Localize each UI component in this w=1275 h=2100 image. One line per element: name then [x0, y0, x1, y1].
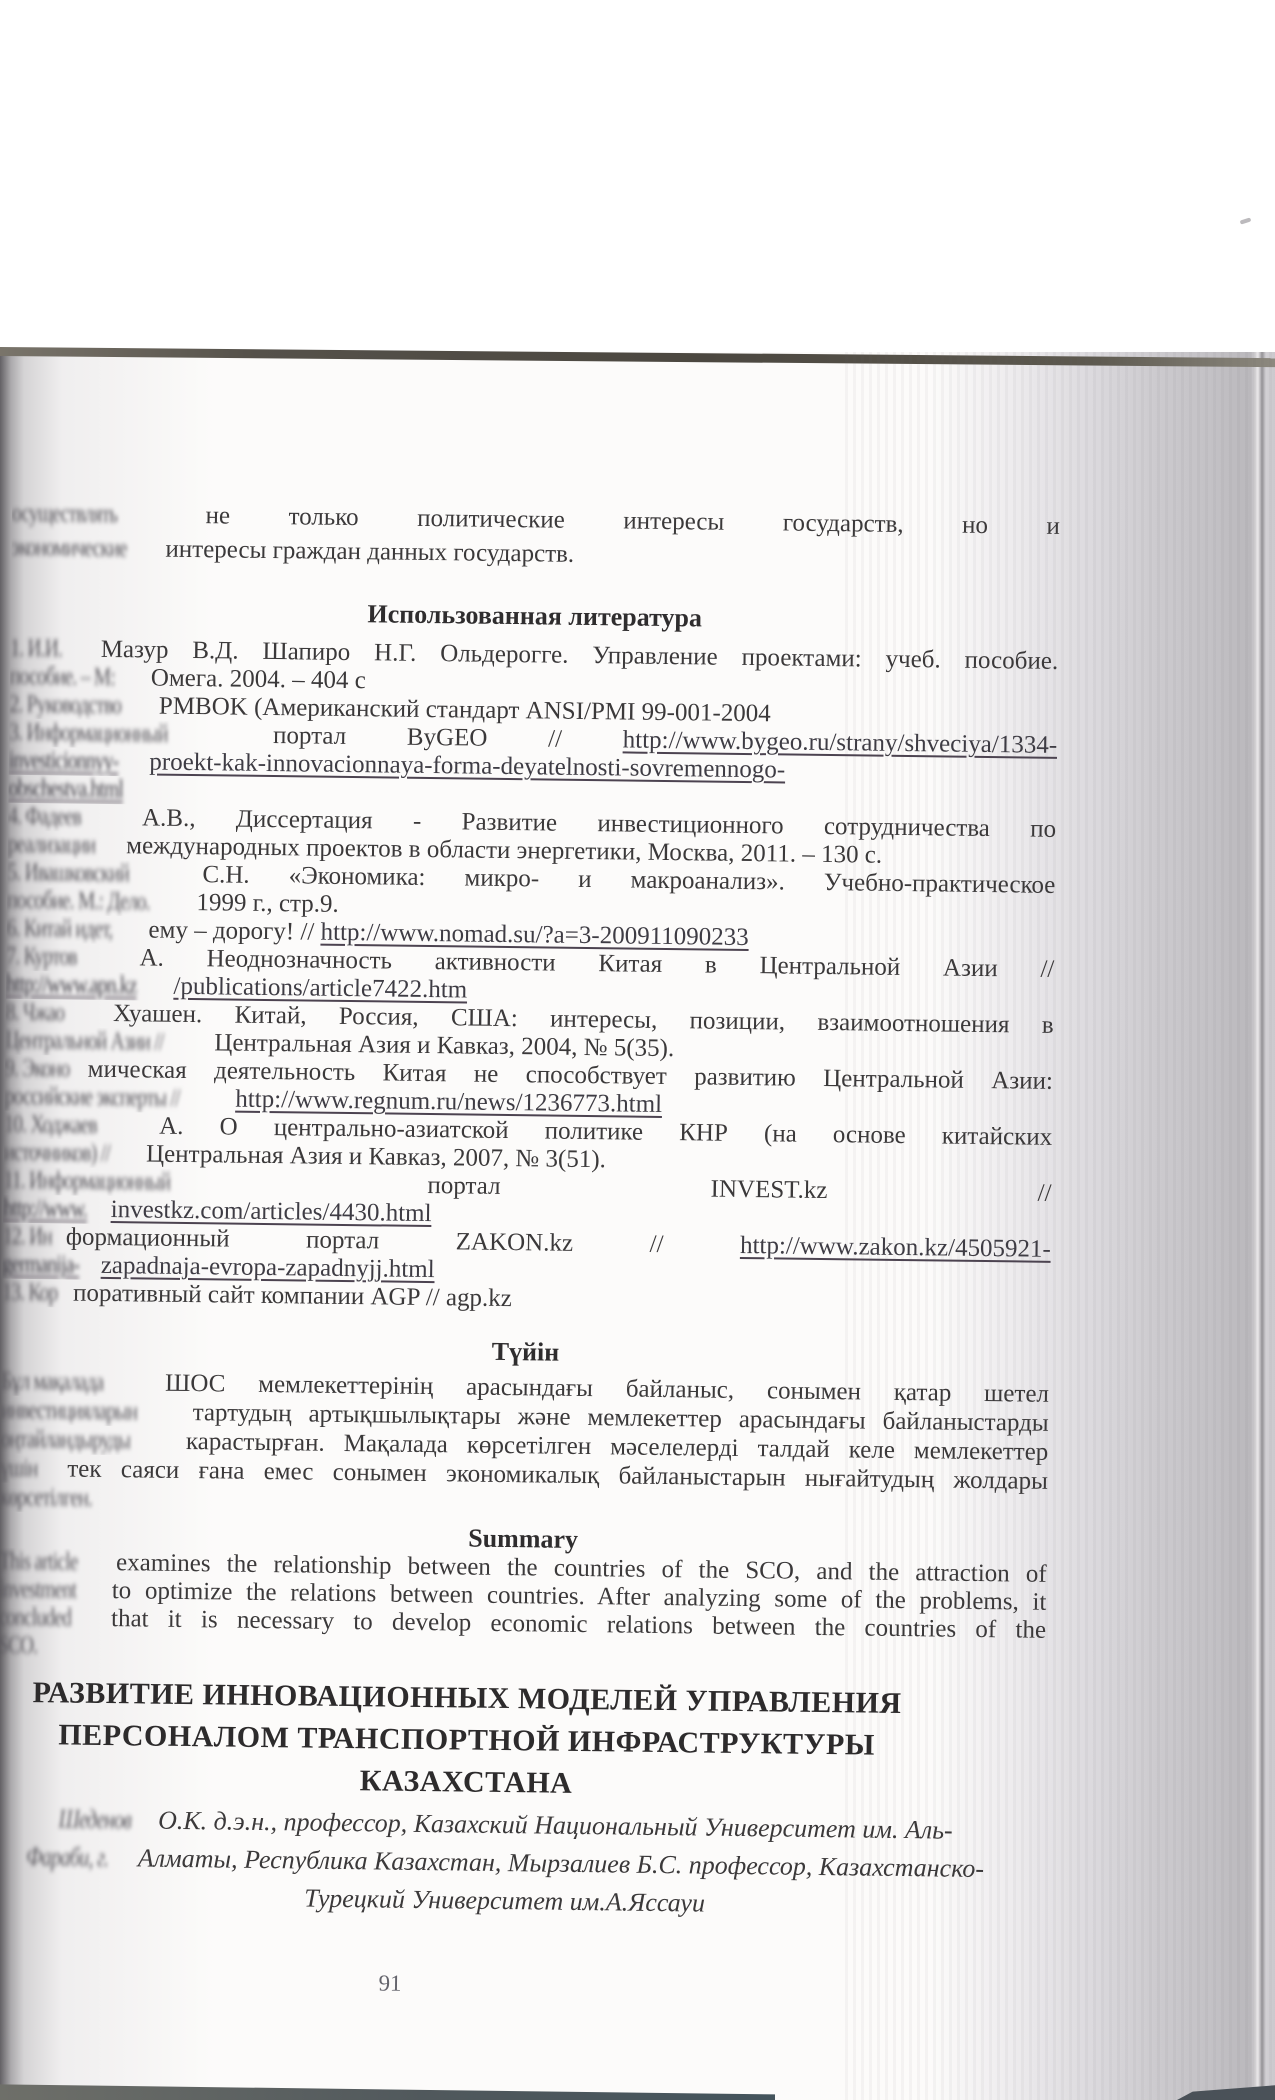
smeared-text: 2. Руководство [9, 691, 121, 720]
url-text: investicionnyy- [9, 747, 119, 776]
tuiin-paragraph: Бұл мақалада ШОС мемлекеттерінің арасынд… [0, 1367, 1049, 1525]
smeared-text: үшін [0, 1454, 38, 1483]
smeared-text: Шеденов [58, 1800, 131, 1839]
smeared-text: источников) // [4, 1139, 110, 1168]
intro-paragraph: осуществлять не только политические инте… [11, 497, 1060, 578]
smeared-text: осуществлять [12, 497, 118, 532]
text-run: ему – дорогу! // [148, 916, 314, 945]
reference-item: 3. Информационный портал ByGEO // http:/… [8, 719, 1057, 816]
smeared-text: пособие. М.: Дело. [7, 887, 150, 917]
smeared-text: concluded [0, 1604, 71, 1633]
scan-bottom-shadow-left [0, 2080, 775, 2100]
smeared-text: 4. Фадеев [8, 803, 81, 832]
text-run: INVEST.kz [710, 1176, 827, 1204]
smeared-text: инвестицияларын [1, 1396, 138, 1427]
smeared-text: Бұл мақалада [1, 1367, 104, 1397]
url-text: investkz.com/articles/4430.html [111, 1196, 432, 1227]
smeared-text: 11. Информационный [3, 1167, 170, 1197]
url-text: zapadnaja-evropa-zapadnyjj.html [101, 1252, 435, 1283]
text-run: КАЗАХСТАНА [360, 1764, 573, 1800]
smeared-text: экономические [11, 531, 127, 566]
smeared-text: оңтайландыруды [0, 1425, 130, 1456]
smeared-text: 1. И.И. [10, 635, 62, 664]
smeared-text: investment [0, 1576, 76, 1605]
text-run: Турецкий Университет им.А.Яссауи [304, 1884, 705, 1918]
references-heading: Использованная литература [11, 595, 1059, 638]
page-number: 91 [378, 1970, 1041, 2004]
references-list: 1. И.И. Мазур В.Д. Шапиро Н.Г. Ольдерогг… [2, 635, 1058, 1320]
smeared-text: пособие. – М: [10, 663, 115, 692]
page-content: осуществлять не только политические инте… [0, 352, 1062, 2005]
text-run: // [649, 1231, 663, 1258]
smeared-text: 6. Китай идет, [7, 915, 113, 944]
text-run: портал ByGEO // [273, 722, 562, 753]
url-text: http://www.bygeo.ru/strany/shveciya/1334… [623, 726, 1058, 758]
text-run: портал [427, 1172, 500, 1200]
summary-paragraph: This article examines the relationship b… [0, 1548, 1047, 1673]
tuiin-heading: Түйін [1, 1331, 1049, 1374]
smeared-text: 9. Эконо [5, 1055, 70, 1084]
text-run: портал [306, 1226, 379, 1254]
text-run: Алматы, Республика Казахстан, Мырзалиев … [138, 1843, 985, 1883]
text-run: Центральная Азия и Кавказ, 2004, № 5(35)… [214, 1029, 674, 1062]
smeared-text: Центральной Азии // [5, 1027, 164, 1057]
text-run: 1999 г., стр.9. [196, 889, 339, 918]
smeared-text: This article [0, 1548, 78, 1577]
text-run: // [1037, 1180, 1051, 1207]
text-run: ZAKON.kz [456, 1228, 574, 1256]
smeared-text: 8. Чжао [6, 999, 65, 1028]
text-run: ПЕРСОНАЛОМ ТРАНСПОРТНОЙ ИНФРАСТРУКТУРЫ [58, 1718, 875, 1761]
text-run: О.К. д.э.н., профессор, Казахский Национ… [158, 1806, 953, 1845]
smeared-text: 12. Ин [3, 1223, 52, 1252]
smeared-text: 10. Ходжаев [4, 1111, 97, 1140]
url-text: http://www.nomad.su/?a=3-200911090233 [320, 919, 748, 951]
smeared-text: SCO. [0, 1632, 38, 1660]
url-text: http://www.apn.kz [6, 971, 137, 1001]
url-text: /publications/article7422.htm [173, 973, 467, 1004]
url-text: obschestva.html [8, 775, 123, 804]
text-run: поративный сайт компании AGP // agp.kz [73, 1280, 512, 1313]
smeared-text: 7. Куртов [6, 943, 77, 972]
text-run: Центральная Азия и Кавказ, 2007, № 3(51)… [146, 1140, 606, 1173]
smeared-text: 3. Информационный [9, 719, 168, 749]
text-run: Омега. 2004. – 404 с [151, 664, 366, 694]
smeared-text: Фараби, г. [26, 1838, 109, 1877]
smeared-text: реализации [8, 831, 96, 860]
url-text: http://www. [3, 1195, 87, 1224]
smeared-text: 5. Ивашковский [7, 859, 129, 889]
next-article-title: РАЗВИТИЕ ИННОВАЦИОННЫХ МОДЕЛЕЙ УПРАВЛЕНИ… [0, 1672, 937, 1810]
url-text: http://www.zakon.kz/4505921- [740, 1232, 1051, 1263]
text-run: формационный [66, 1223, 230, 1252]
smeared-text: 13. Кор [2, 1279, 58, 1308]
smeared-text: көрсетілген. [0, 1483, 92, 1513]
smeared-text: российские эксперты // [4, 1083, 179, 1113]
scanned-page: осуществлять не только политические инте… [0, 352, 1275, 2100]
text-run: интересы граждан данных государств. [165, 536, 574, 568]
text-run: РАЗВИТИЕ ИННОВАЦИОННЫХ МОДЕЛЕЙ УПРАВЛЕНИ… [32, 1676, 901, 1720]
url-text: http://www.regnum.ru/news/1236773.html [235, 1086, 662, 1118]
url-text: germanija- [2, 1251, 79, 1280]
scan-speck [1240, 217, 1252, 224]
next-article-authors: Шеденов О.К. д.э.н., профессор, Казахски… [0, 1800, 1016, 1927]
